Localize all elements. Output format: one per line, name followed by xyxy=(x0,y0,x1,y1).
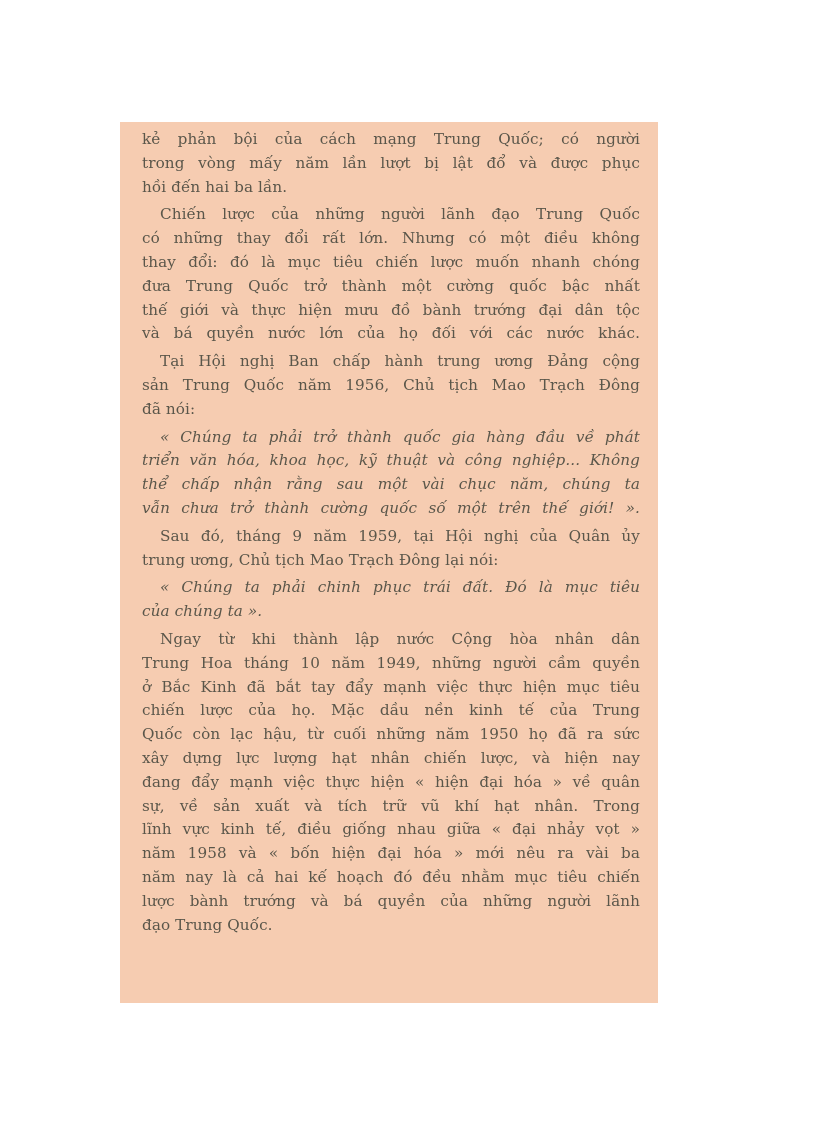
text-line: Ngay từ khi thành lập nước Cộng hòa nhân… xyxy=(142,628,640,652)
text-line: đạo Trung Quốc. xyxy=(142,914,640,938)
text-line: trung ương, Chủ tịch Mao Trạch Đông lại … xyxy=(142,549,640,573)
scanned-book-page: kẻ phản bội của cách mạng Trung Quốc; có… xyxy=(120,122,658,1003)
text-line: thế giới và thực hiện mưu đồ bành trướng… xyxy=(142,299,640,323)
paragraph-conference-1959: Sau đó, tháng 9 năm 1959, tại Hội nghị c… xyxy=(142,525,640,573)
text-line: « Chúng ta phải trở thành quốc gia hàng … xyxy=(142,426,640,450)
text-line: có những thay đổi rất lớn. Nhưng có một … xyxy=(142,227,640,251)
quote-1959: « Chúng ta phải chinh phục trái đất. Đó … xyxy=(142,576,640,624)
text-line: và bá quyền nước lớn của họ đối với các … xyxy=(142,322,640,346)
paragraph-continuation: kẻ phản bội của cách mạng Trung Quốc; có… xyxy=(142,128,640,199)
paragraph-strategy: Chiến lược của những người lãnh đạo Trun… xyxy=(142,203,640,346)
text-line: Trung Hoa tháng 10 năm 1949, những người… xyxy=(142,652,640,676)
text-line: xây dựng lực lượng hạt nhân chiến lược, … xyxy=(142,747,640,771)
text-line: Chiến lược của những người lãnh đạo Trun… xyxy=(142,203,640,227)
text-line: « Chúng ta phải chinh phục trái đất. Đó … xyxy=(142,576,640,600)
text-line: chiến lược của họ. Mặc dầu nền kinh tế c… xyxy=(142,699,640,723)
paragraph-since-1949: Ngay từ khi thành lập nước Cộng hòa nhân… xyxy=(142,628,640,937)
text-line: đã nói: xyxy=(142,398,640,422)
text-line: kẻ phản bội của cách mạng Trung Quốc; có… xyxy=(142,128,640,152)
text-line: ở Bắc Kinh đã bắt tay đẩy mạnh việc thực… xyxy=(142,676,640,700)
text-line: triển văn hóa, khoa học, kỹ thuật và côn… xyxy=(142,449,640,473)
paragraph-conference-1956: Tại Hội nghị Ban chấp hành trung ương Đả… xyxy=(142,350,640,421)
text-line: Quốc còn lạc hậu, từ cuối những năm 1950… xyxy=(142,723,640,747)
text-line: thay đổi: đó là mục tiêu chiến lược muốn… xyxy=(142,251,640,275)
text-line: Tại Hội nghị Ban chấp hành trung ương Đả… xyxy=(142,350,640,374)
text-line: Sau đó, tháng 9 năm 1959, tại Hội nghị c… xyxy=(142,525,640,549)
text-line: lược bành trướng và bá quyền của những n… xyxy=(142,890,640,914)
text-line: trong vòng mấy năm lần lượt bị lật đổ và… xyxy=(142,152,640,176)
quote-1956: « Chúng ta phải trở thành quốc gia hàng … xyxy=(142,426,640,521)
text-line: sản Trung Quốc năm 1956, Chủ tịch Mao Tr… xyxy=(142,374,640,398)
text-line: đang đẩy mạnh việc thực hiện « hiện đại … xyxy=(142,771,640,795)
text-line: của chúng ta ». xyxy=(142,600,640,624)
text-line: lĩnh vực kinh tế, điều giống nhau giữa «… xyxy=(142,818,640,842)
text-line: năm nay là cả hai kế hoạch đó đều nhằm m… xyxy=(142,866,640,890)
text-line: sự, về sản xuất và tích trữ vũ khí hạt n… xyxy=(142,795,640,819)
text-line: vẫn chưa trở thành cường quốc số một trê… xyxy=(142,497,640,521)
text-line: thể chấp nhận rằng sau một vài chục năm,… xyxy=(142,473,640,497)
text-line: đưa Trung Quốc trở thành một cường quốc … xyxy=(142,275,640,299)
text-line: hồi đến hai ba lần. xyxy=(142,176,640,200)
text-line: năm 1958 và « bốn hiện đại hóa » mới nêu… xyxy=(142,842,640,866)
